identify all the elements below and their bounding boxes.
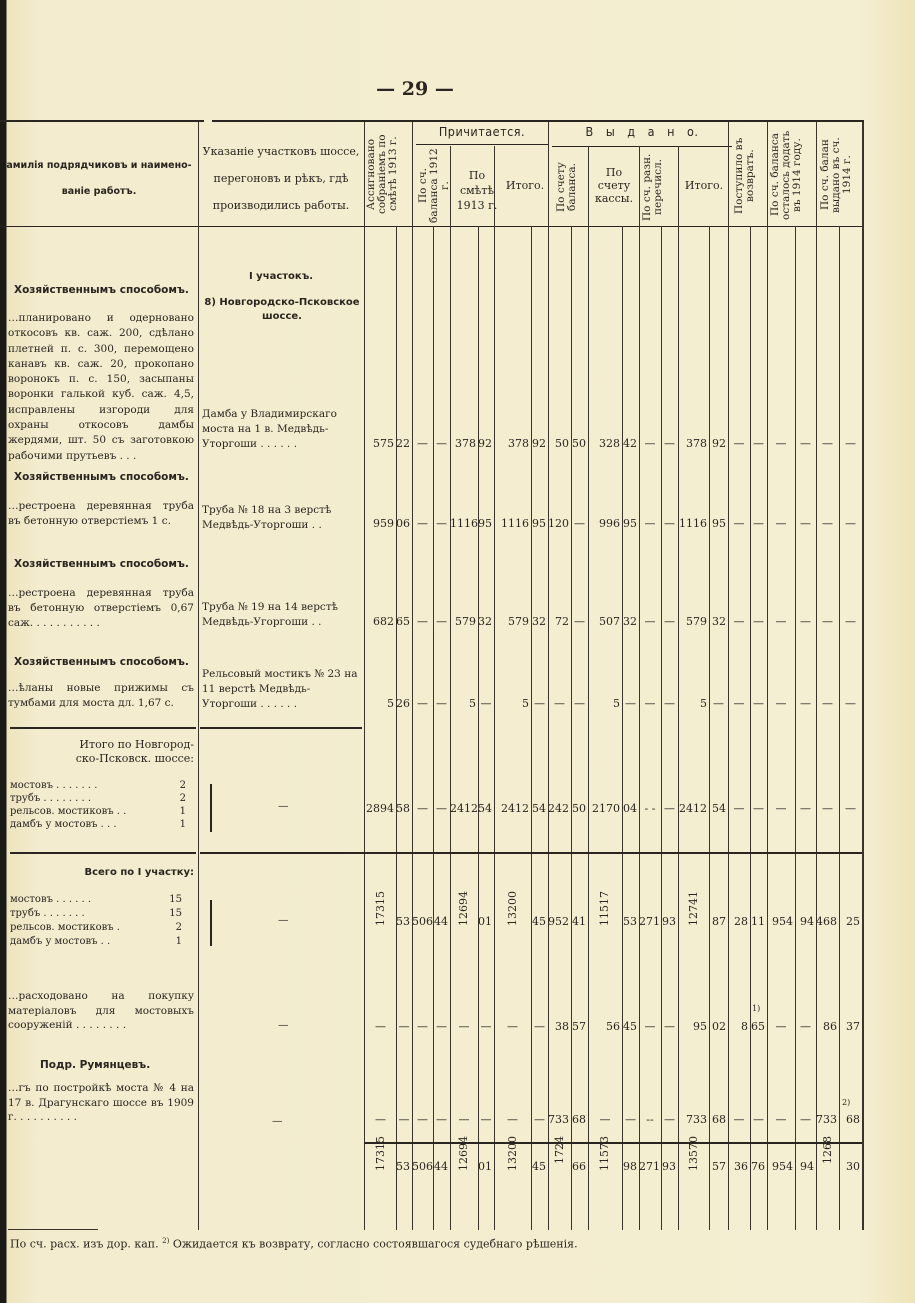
row-4-cell: — [661, 697, 678, 710]
row-2-cell: 959 [365, 517, 394, 530]
row-1-cell: 92 [478, 437, 492, 450]
subtotal-item-count: 2 [180, 779, 186, 792]
total-cell: 952 [548, 915, 569, 928]
row-4-cell: — [639, 697, 661, 710]
row-1-cell: — [767, 437, 795, 450]
subtotal-cell: 242 [548, 802, 569, 815]
rumyantsev-cell: -- [639, 1113, 661, 1126]
subtotal-title-line1: Итого по Новгород- [40, 738, 194, 752]
subtotal-cell: — [661, 802, 678, 815]
row-4-cell: — [709, 697, 728, 710]
row-3-cell: 579 [678, 615, 707, 628]
grand-total-cell: 94 [795, 1160, 814, 1173]
row-4-cell: — [478, 697, 494, 710]
row-1-description: …планировано и одерновано откосовъ кв. с… [8, 311, 194, 464]
total-item-count: 15 [169, 893, 182, 907]
row-3-cell: — [412, 615, 433, 628]
grid-line [548, 122, 549, 1230]
subtotal-cell: 50 [571, 802, 586, 815]
total-cell: 506 [412, 915, 431, 928]
row-1-method: Хозяйственнымъ способомъ. [14, 283, 194, 297]
materials-cell: 38 [548, 1020, 569, 1033]
row-2-cell: 1116 [450, 517, 476, 530]
grand-total-cell: 506 [412, 1160, 431, 1173]
header-group-issued: В ы д а н о. [552, 124, 732, 139]
row-2-cell: 1116 [678, 517, 707, 530]
row-1-location: Дамба у Владимирскаго моста на 1 в. Медв… [202, 407, 362, 452]
row-1-cell: — [795, 437, 816, 450]
row-1-cell: 50 [548, 437, 569, 450]
header-due-balance-1912: По сч. баланса 1912 г. [418, 148, 452, 224]
total-cell: 11517 [598, 891, 611, 926]
grid-line [728, 122, 729, 1230]
row-3-cell: — [767, 615, 795, 628]
rumyantsev-location: — [272, 1114, 292, 1128]
row-2-cell: 95 [709, 517, 726, 530]
grand-total-cell: 76 [750, 1160, 765, 1173]
subtotal-location: — [278, 799, 298, 813]
footnote-1: По сч. расх. изъ дор. кап. [10, 1238, 159, 1251]
total-cell: 94 [795, 915, 814, 928]
subtotal-cell: 54 [478, 802, 492, 815]
total-item-count: 1 [176, 935, 182, 949]
row-4-cell: — [531, 697, 548, 710]
subtotal-item-label: рельсов. мостиковъ . . [10, 805, 126, 818]
total-cell: 13200 [506, 891, 519, 926]
materials-cell: — [478, 1020, 494, 1033]
total-cell: 954 [767, 915, 793, 928]
subtotal-title-line2: ско-Псковск. шоссе: [40, 752, 194, 766]
grid-line [750, 226, 751, 1230]
materials-cell: 8 [728, 1020, 748, 1033]
row-1-cell: — [412, 437, 433, 450]
row-4-cell: — [622, 697, 639, 710]
rumyantsev-cell: 733 [816, 1113, 837, 1126]
materials-cell: — [639, 1020, 661, 1033]
materials-cell: — [450, 1020, 478, 1033]
rumyantsev-cell: — [494, 1113, 531, 1126]
total-items: мостовъ . . . . . .15 трубъ . . . . . . … [10, 893, 182, 949]
row-4-cell: — [767, 697, 795, 710]
subtotal-item-label: дамбъ у мостовъ . . . [10, 818, 117, 831]
grid-line [478, 226, 479, 1230]
rumyantsev-cell: — [478, 1113, 494, 1126]
row-4-cell: — [795, 697, 816, 710]
materials-cell: 57 [571, 1020, 586, 1033]
row-1-cell: 378 [678, 437, 707, 450]
row-2-cell: — [639, 517, 661, 530]
grid-line [364, 122, 365, 1230]
row-4-cell: 5 [450, 697, 476, 710]
rumyantsev-cell: — [412, 1113, 433, 1126]
header-remaining-1914: По сч. баланса осталось додать въ 1914 г… [770, 126, 816, 224]
row-3-cell: — [639, 615, 661, 628]
total-rule-right [200, 852, 862, 854]
header-contractors-line2: ваніе работъ. [0, 184, 198, 199]
total-cell: 28 [728, 915, 748, 928]
row-1-cell: 22 [396, 437, 410, 450]
subtotal-cell: 04 [622, 802, 637, 815]
subtotal-cell: — [728, 802, 750, 815]
row-1-cell: — [728, 437, 750, 450]
subtotal-item-count: 2 [180, 792, 186, 805]
materials-cell: — [433, 1020, 450, 1033]
row-1-cell: 42 [622, 437, 637, 450]
total-item-label: мостовъ . . . . . . [10, 893, 91, 907]
row-4-cell: — [412, 697, 433, 710]
row-4-cell: 5 [365, 697, 394, 710]
grand-total-cell: 11573 [598, 1136, 611, 1171]
subtotal-brace [210, 784, 212, 832]
row-4-cell: 26 [396, 697, 410, 710]
total-item: трубъ . . . . . . .15 [10, 907, 182, 921]
header-issued-balance: По счету баланса. [556, 150, 590, 224]
total-item-label: трубъ . . . . . . . [10, 907, 85, 921]
header-location-line3: производились работы. [198, 192, 364, 219]
total-cell: 271 [639, 915, 659, 928]
row-3-cell: 32 [709, 615, 726, 628]
materials-cell: 56 [588, 1020, 620, 1033]
row-4-location: Рельсовый мостикъ № 23 на 11 верстѣ Медв… [202, 667, 362, 712]
row-4-cell: — [571, 697, 588, 710]
grand-total-cell: 271 [639, 1160, 659, 1173]
row-1-cell: 378 [450, 437, 476, 450]
header-contractors: амилія подрядчиковъ и наимено- ваніе раб… [0, 158, 198, 199]
footnote-2-mark: 2) [162, 1237, 169, 1245]
row-1-cell: — [661, 437, 678, 450]
row-3-cell: — [571, 615, 588, 628]
grid-line-right-border [862, 122, 864, 1230]
row-4-cell: — [816, 697, 839, 710]
grid-line [396, 226, 397, 1230]
subtotal-rule-top-left [10, 727, 196, 729]
grid-line [571, 226, 572, 1230]
subtotal-cell: — [839, 802, 862, 815]
header-location-line1: Указаніе участковъ шоссе, [198, 138, 364, 165]
total-item-label: рельсов. мостиковъ . [10, 921, 120, 935]
grid-line [198, 122, 199, 1230]
row-3-cell: 682 [365, 615, 394, 628]
subtotal-cell: — [816, 802, 839, 815]
materials-cell: — [795, 1020, 816, 1033]
row-4-cell: — [548, 697, 571, 710]
row-2-cell: — [412, 517, 433, 530]
grand-total-cell: 01 [478, 1160, 492, 1173]
subtotal-item: мостовъ . . . . . . .2 [10, 779, 186, 792]
total-cell: 93 [661, 915, 676, 928]
rumyantsev-cell: 68 [571, 1113, 586, 1126]
subtotal-cell: 2894 [365, 802, 394, 815]
materials-description: …расходовано на покупку матеріаловъ для … [8, 989, 194, 1033]
row-4-description: …ѣланы новые прижимы съ тумбами для мост… [8, 681, 194, 711]
grid-line [678, 146, 679, 1230]
footnote-1-mark: 1) [752, 1004, 760, 1013]
total-cell: 12694 [457, 891, 470, 926]
row-3-cell: 32 [531, 615, 546, 628]
subtotal-cell: — [412, 802, 433, 815]
total-cell: 53 [396, 915, 410, 928]
materials-cell: 45 [622, 1020, 637, 1033]
subtotal-cell: 2412 [494, 802, 529, 815]
subtotal-cell: 54 [709, 802, 726, 815]
header-issued-total: Итого. [680, 178, 728, 193]
materials-cell: — [365, 1020, 396, 1033]
row-1-cell: — [839, 437, 862, 450]
row-3-cell: 507 [588, 615, 620, 628]
materials-cell: 37 [839, 1020, 860, 1033]
grid-line [433, 226, 434, 1230]
materials-cell: — [494, 1020, 531, 1033]
row-1-cell: 328 [588, 437, 620, 450]
rumyantsev-cell: 68 [709, 1113, 726, 1126]
row-2-cell: — [571, 517, 588, 530]
row-3-description: …рестроена деревянная труба въ бетонную … [8, 586, 194, 631]
grand-total-cell: 53 [396, 1160, 410, 1173]
row-2-cell: — [767, 517, 795, 530]
rumyantsev-cell: — [433, 1113, 450, 1126]
header-returned: Поступило въ возвратъ. [734, 128, 768, 224]
row-3-cell: — [750, 615, 767, 628]
row-2-cell: — [795, 517, 816, 530]
header-issued-cash: По счету кассы. [590, 166, 638, 205]
subtotal-cell: — [767, 802, 795, 815]
subtotal-item: рельсов. мостиковъ . .1 [10, 805, 186, 818]
subtotal-item-label: мостовъ . . . . . . . [10, 779, 97, 792]
rumyantsev-cell: — [588, 1113, 622, 1126]
rumyantsev-cell: — [728, 1113, 750, 1126]
rumyantsev-cell: 733 [678, 1113, 707, 1126]
grand-total-cell: 13570 [687, 1136, 700, 1171]
row-3-cell: — [661, 615, 678, 628]
ledger-page: — 29 — амилія подрядчиковъ и наимено- ва… [0, 0, 915, 1303]
total-cell: 11 [750, 915, 765, 928]
total-cell: 44 [433, 915, 448, 928]
rumyantsev-cell: — [750, 1113, 767, 1126]
grand-total-cell: 45 [531, 1160, 546, 1173]
subtotal-cell: 2170 [588, 802, 620, 815]
total-item-label: дамбъ у мостовъ . . [10, 935, 110, 949]
row-4-cell: — [750, 697, 767, 710]
materials-cell: — [412, 1020, 433, 1033]
header-bottom-rule [0, 226, 864, 227]
row-4-cell: — [839, 697, 862, 710]
grid-line [639, 146, 640, 1230]
subtotal-cell: — [750, 802, 767, 815]
row-2-cell: — [661, 517, 678, 530]
subtotal-item: трубъ . . . . . . . .2 [10, 792, 186, 805]
grand-total-cell: 44 [433, 1160, 448, 1173]
page-number: — 29 — [360, 78, 470, 100]
subtotal-cell: 2412 [450, 802, 476, 815]
row-3-cell: — [816, 615, 839, 628]
grand-total-cell: 17315 [374, 1136, 387, 1171]
grand-total-cell: 66 [571, 1160, 586, 1173]
grid-line [588, 146, 589, 1230]
rumyantsev-cell: — [661, 1113, 678, 1126]
row-3-location: Труба № 19 на 14 верстѣ Медвѣдь-Угоргоши… [202, 600, 362, 630]
row-1-cell: 378 [494, 437, 529, 450]
subtotal-title: Итого по Новгород- ско-Псковск. шоссе: [40, 738, 194, 766]
subtotal-item: дамбъ у мостовъ . . .1 [10, 818, 186, 831]
grand-total-rule [364, 1142, 862, 1144]
row-4-cell: 5 [588, 697, 620, 710]
total-cell: 87 [709, 915, 726, 928]
row-2-location: Труба № 18 на 3 верстѣ Медвѣдь-Уторгоши … [202, 503, 362, 533]
materials-cell: 65 [750, 1020, 765, 1033]
header-issued-1914: По сч. балан выдано въ сч. 1914 г. [820, 126, 860, 224]
subtotal-cell: — [433, 802, 450, 815]
row-2-cell: 120 [548, 517, 569, 530]
row-2-cell: 1116 [494, 517, 529, 530]
row-2-description: …рестроена деревянная труба въ бетонную … [8, 499, 194, 529]
header-location: Указаніе участковъ шоссе, перегоновъ и р… [198, 138, 364, 219]
subtotal-item-label: трубъ . . . . . . . . [10, 792, 91, 805]
grand-total-cell: 1268 [821, 1136, 834, 1164]
row-1-cell: — [433, 437, 450, 450]
total-title: Всего по I участку: [20, 866, 194, 880]
row-2-cell: 95 [531, 517, 546, 530]
total-cell: 01 [478, 915, 492, 928]
grid-line [412, 122, 413, 1230]
materials-cell: 86 [816, 1020, 837, 1033]
row-2-cell: — [839, 517, 862, 530]
row-2-cell: 95 [622, 517, 637, 530]
footnote-2: Ожидается къ возврату, согласно состоявш… [173, 1238, 578, 1251]
rumyantsev-description: …гъ по постройкѣ моста № 4 на 17 в. Драг… [8, 1081, 194, 1125]
row-3-cell: 579 [494, 615, 529, 628]
row-4-cell: — [433, 697, 450, 710]
total-cell: 17315 [374, 891, 387, 926]
grid-line [450, 146, 451, 1230]
total-cell: 12741 [687, 891, 700, 926]
row-2-cell: — [750, 517, 767, 530]
rumyantsev-cell: — [767, 1113, 795, 1126]
rumyantsev-cell: — [531, 1113, 548, 1126]
total-cell: 468 [816, 915, 837, 928]
total-item: рельсов. мостиковъ .2 [10, 921, 182, 935]
grand-total-cell: 954 [767, 1160, 793, 1173]
row-1-cell: — [639, 437, 661, 450]
row-4-method: Хозяйственнымъ способомъ. [14, 655, 194, 669]
total-cell: 45 [531, 915, 546, 928]
header-group-due: Причитается. [416, 124, 548, 139]
rumyantsev-cell: — [450, 1113, 478, 1126]
rumyantsev-cell: — [396, 1113, 412, 1126]
grid-line [494, 146, 495, 1230]
row-2-cell: — [816, 517, 839, 530]
rumyantsev-cell: 68 [839, 1113, 860, 1126]
header-due-total: Итого. [502, 178, 548, 193]
footnote-2-mark: 2) [842, 1098, 850, 1107]
materials-location: — [278, 1018, 298, 1032]
subtotal-cell: 58 [396, 802, 410, 815]
footnote-rule [8, 1229, 98, 1230]
row-3-cell: 579 [450, 615, 476, 628]
grid-line [839, 226, 840, 1230]
row-3-cell: — [433, 615, 450, 628]
row-4-cell: — [728, 697, 750, 710]
row-2-cell: 06 [396, 517, 410, 530]
grid-line [767, 122, 768, 1230]
header-issued-transfers: По сч. разн. перечисл. [642, 150, 678, 224]
row-3-cell: — [839, 615, 862, 628]
subtotal-item-count: 1 [180, 818, 186, 831]
grand-total-cell: 1724 [553, 1136, 566, 1164]
grand-total-cell: 13200 [506, 1136, 519, 1171]
row-3-cell: 32 [622, 615, 637, 628]
materials-cell: — [531, 1020, 548, 1033]
rumyantsev-title: Подр. Румянцевъ. [40, 1058, 194, 1072]
materials-cell: 02 [709, 1020, 726, 1033]
rumyantsev-cell: 733 [548, 1113, 569, 1126]
total-cell: 25 [839, 915, 860, 928]
grid-line [709, 226, 710, 1230]
subtotal-items: мостовъ . . . . . . .2 трубъ . . . . . .… [10, 779, 186, 831]
grid-line [531, 226, 532, 1230]
materials-cell: — [661, 1020, 678, 1033]
row-1-cell: 92 [531, 437, 546, 450]
grid-line [795, 226, 796, 1230]
row-3-cell: 65 [396, 615, 410, 628]
grand-total-cell: 12694 [457, 1136, 470, 1171]
total-item: дамбъ у мостовъ . .1 [10, 935, 182, 949]
grid-line [622, 226, 623, 1230]
row-1-cell: 92 [709, 437, 726, 450]
row-3-cell: 72 [548, 615, 569, 628]
row-1-cell: 50 [571, 437, 586, 450]
materials-cell: — [767, 1020, 795, 1033]
rumyantsev-cell: — [365, 1113, 396, 1126]
total-rule-left [10, 852, 196, 854]
subtotal-rule-top-mid [200, 727, 362, 729]
header-location-line2: перегоновъ и рѣкъ, гдѣ [198, 165, 364, 192]
grand-total-cell: 57 [709, 1160, 726, 1173]
rumyantsev-cell: — [622, 1113, 639, 1126]
header-contractors-line1: амилія подрядчиковъ и наимено- [0, 158, 198, 173]
road-title: 8) Новгородско-Псковское шоссе. [202, 296, 362, 324]
footnotes: По сч. расх. изъ дор. кап. 2) Ожидается … [10, 1237, 578, 1251]
materials-cell: — [396, 1020, 412, 1033]
subtotal-item-count: 1 [180, 805, 186, 818]
header-top-rule-left [0, 120, 204, 122]
row-4-cell: 5 [678, 697, 707, 710]
total-item-count: 15 [169, 907, 182, 921]
header-assigned: Ассигновано собраніемъ по смѣтѣ 1913 г. [366, 125, 410, 223]
row-1-cell: — [816, 437, 839, 450]
total-cell: 53 [622, 915, 637, 928]
row-3-cell: — [795, 615, 816, 628]
row-1-cell: — [750, 437, 767, 450]
header-group-due-rule [416, 144, 548, 145]
subtotal-cell: 54 [531, 802, 546, 815]
subtotal-cell: 2412 [678, 802, 707, 815]
row-3-cell: 32 [478, 615, 492, 628]
subtotal-cell: — [795, 802, 816, 815]
total-brace [210, 900, 212, 946]
grand-total-cell: 36 [728, 1160, 748, 1173]
row-2-cell: 95 [478, 517, 492, 530]
grid-line [816, 122, 817, 1230]
grand-total-cell: 93 [661, 1160, 676, 1173]
row-4-cell: 5 [494, 697, 529, 710]
row-3-method: Хозяйственнымъ способомъ. [14, 557, 194, 571]
header-group-issued-rule [552, 146, 732, 147]
row-3-cell: — [728, 615, 750, 628]
row-1-cell: 575 [365, 437, 394, 450]
row-2-cell: 996 [588, 517, 620, 530]
total-item: мостовъ . . . . . .15 [10, 893, 182, 907]
grand-total-cell: 30 [839, 1160, 860, 1173]
